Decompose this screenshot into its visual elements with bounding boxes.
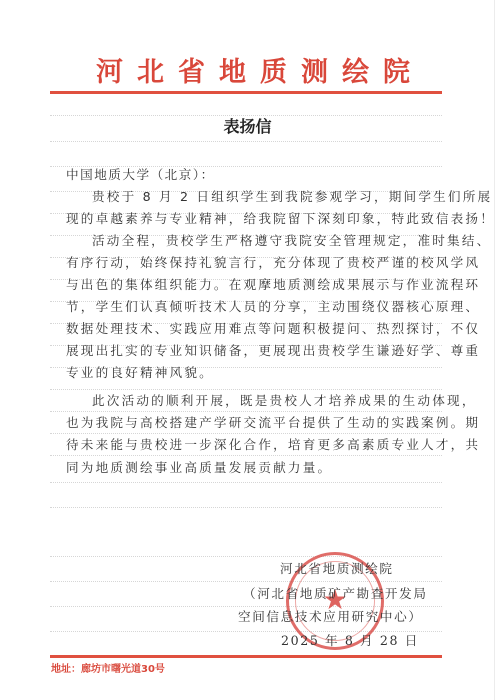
ruling-line	[50, 482, 442, 483]
ruling-line	[50, 411, 442, 412]
ruling-line	[50, 455, 442, 456]
signature-date: 2025 年 8 月 28 日	[281, 632, 419, 650]
body-line: 数据处理技术、实践应用难点等问题积极提问、热烈探讨，不仅	[66, 320, 438, 338]
body-line: 专业的良好精神风貌。	[66, 364, 438, 382]
body-line: 同为地质测绘事业高质量发展贡献力量。	[66, 459, 438, 477]
body-line: 此次活动的顺利开展，既是贵校人才培养成果的生动体现，	[92, 392, 438, 410]
body-line: 节，学生们认真倾听技术人员的分享，主动围绕仪器核心原理、	[66, 298, 438, 316]
body-line: 待未来能与贵校进一步深化合作，培育更多高素质专业人才，共	[66, 436, 438, 454]
footer-address: 地址：廊坊市曙光道30号	[51, 663, 165, 677]
body-line: 活动全程，贵校学生严格遵守我院安全管理规定，准时集结、	[92, 232, 438, 250]
body-line: 与出色的集体组织能力。在观摩地质测绘成果展示与作业流程环	[66, 276, 438, 294]
ruling-line	[50, 556, 442, 557]
signature-subline-2: 空间信息技术应用研究中心）	[238, 608, 423, 626]
ruling-line	[50, 141, 442, 142]
letterhead-organization: 河北省地质测绘院	[50, 56, 456, 90]
ruling-line	[50, 581, 442, 582]
salutation: 中国地质大学（北京）：	[66, 166, 438, 184]
letterhead-red-rule	[50, 91, 442, 94]
ruling-line	[50, 433, 442, 434]
body-line: 贵校于 8 月 2 日组织学生到我院参观学习，期间学生们所展	[92, 188, 438, 206]
ruling-line	[50, 507, 442, 508]
body-line: 现的卓越素养与专业精神，给我院留下深刻印象，特此致信表扬！	[66, 210, 438, 228]
ruling-line	[50, 389, 442, 390]
signature-subline-1: （河北省地质矿产勘查开发局	[243, 585, 428, 603]
signature-organization: 河北省地质测绘院	[280, 560, 394, 578]
ruling-line	[50, 115, 442, 116]
body-line: 有序行动，始终保持礼貌言行，充分体现了贵校严谨的校风学风	[66, 254, 438, 272]
body-line: 展现出扎实的专业知识储备，更展现出贵校学生谦逊好学、尊重	[66, 342, 438, 360]
document-title: 表扬信	[0, 117, 495, 137]
letter-page: 河北省地质测绘院 表扬信 中国地质大学（北京）： 贵校于 8 月 2 日组织学生…	[0, 0, 495, 700]
body-line: 也为我院与高校搭建产学研交流平台提供了生动的实践案例。期	[66, 414, 438, 432]
footer-red-rule	[50, 655, 442, 658]
